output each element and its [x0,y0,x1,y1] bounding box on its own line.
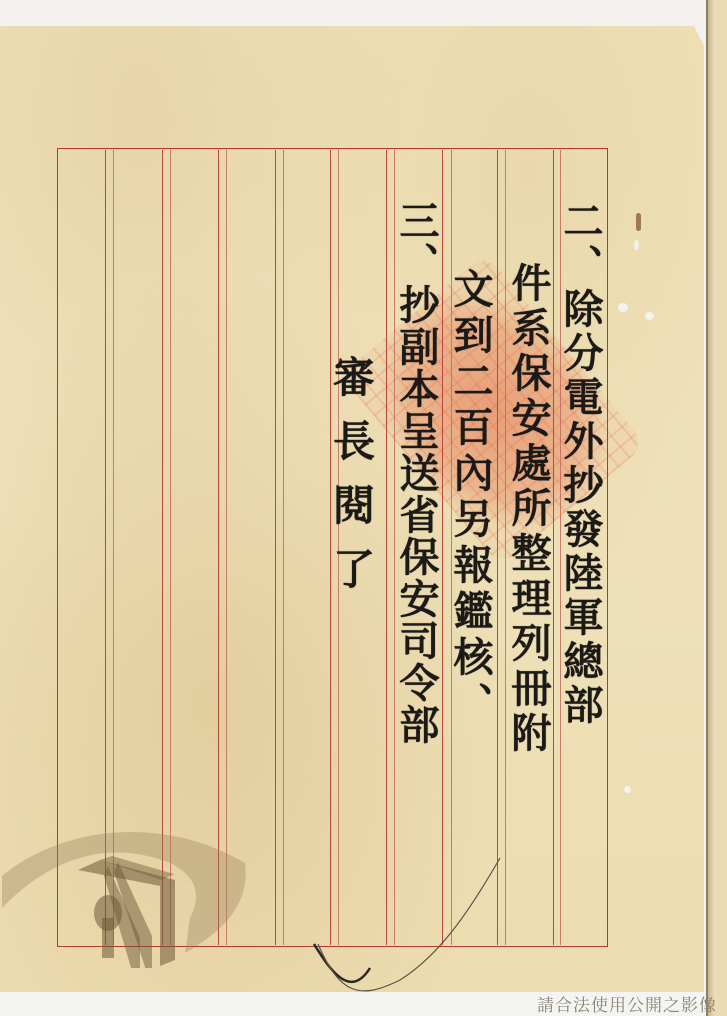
underlying-sheet-edge [706,0,727,1016]
pencil-check-mark [300,850,520,1000]
binding-hole [634,240,639,250]
text-column-3: 文到二百內另報鑑核、 [450,268,490,728]
text-column-1: 二、除分電外抄發陸軍總部 [560,200,600,728]
paper-tear [618,303,628,312]
rule-line [386,150,387,945]
rule-line [283,150,284,945]
archive-logo-icon [0,818,250,968]
paper-tear [624,786,631,793]
rule-line [553,150,554,945]
text-column-4: 三、抄副本呈送省保安司令部 [396,200,436,746]
rule-line [442,150,443,945]
rule-line [497,150,498,945]
binding-hole [636,213,641,231]
paper-tear [645,312,654,320]
text-column-2: 件系保安處所整理列冊附 [508,262,548,757]
signature-column: 審長閱了 [330,355,372,611]
rule-line [275,150,276,945]
usage-notice: 請合法使用公開之影像 [537,991,717,1016]
